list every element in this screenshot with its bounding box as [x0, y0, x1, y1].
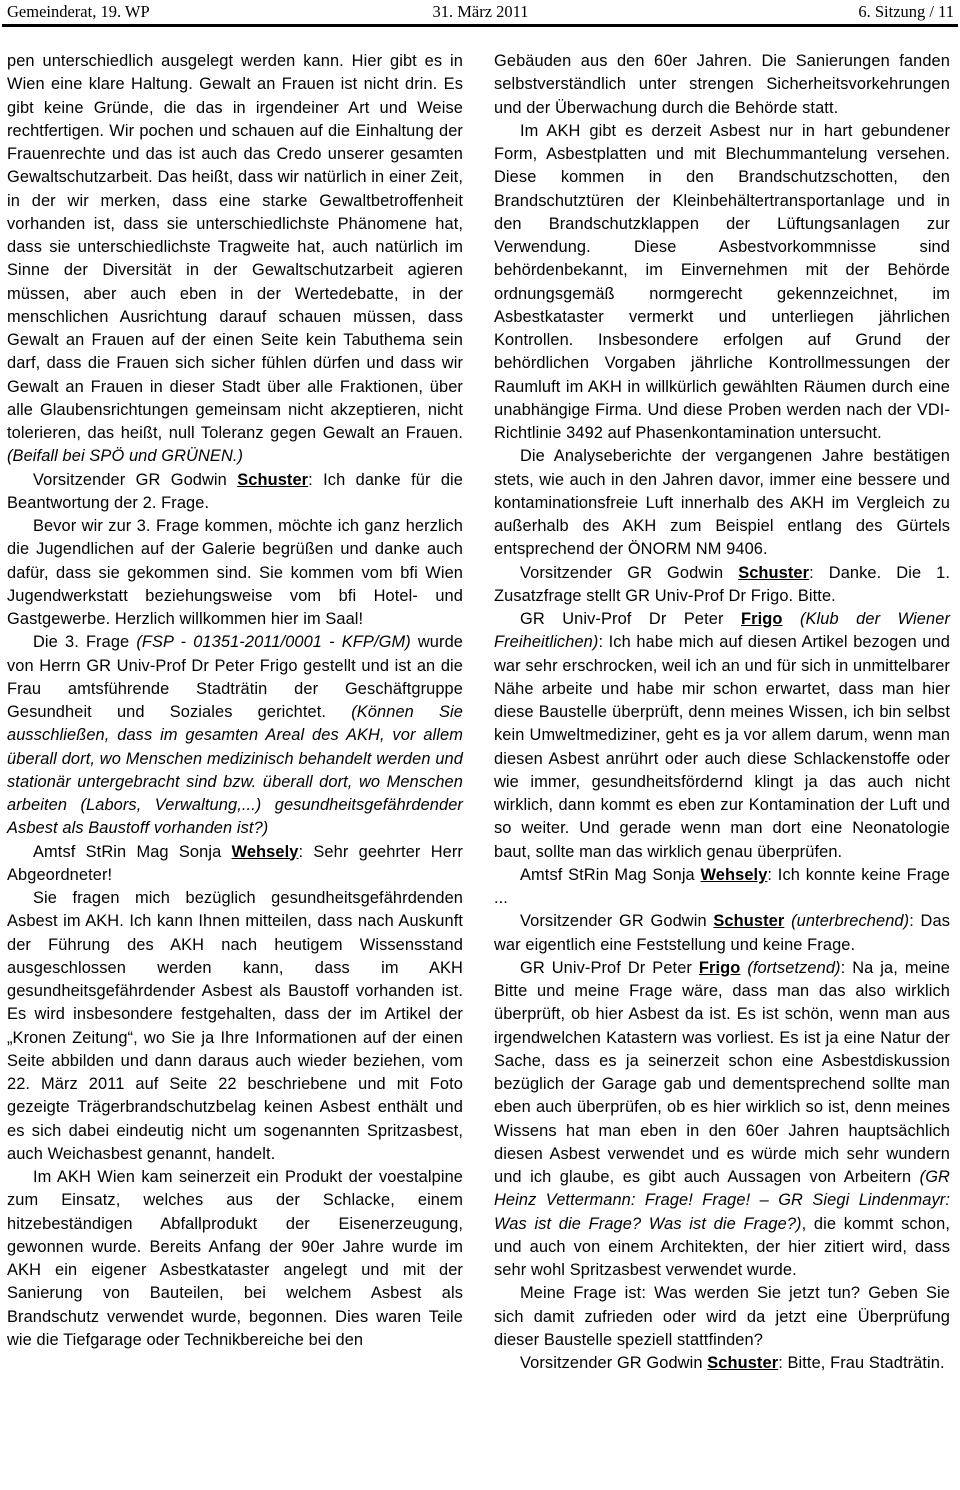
paragraph: Meine Frage ist: Was werden Sie jetzt tu…	[494, 1282, 950, 1352]
text-run: GR Univ-Prof Dr Peter	[520, 610, 741, 628]
two-column-body: pen unterschiedlich ausgelegt werden kan…	[0, 27, 960, 1375]
paragraph: Die 3. Frage (FSP - 01351-2011/0001 - KF…	[7, 631, 463, 840]
text-run: Vorsitzender GR Godwin	[520, 1354, 707, 1372]
text-run: : Ich habe mich auf diesen Artikel bezog…	[494, 633, 950, 860]
text-run: Bevor wir zur 3. Frage kommen, möchte ic…	[7, 517, 463, 628]
text-run: : Na ja, meine Bitte und meine Frage wär…	[494, 959, 950, 1186]
italic-annotation: (Können Sie ausschließen, dass im gesamt…	[7, 703, 463, 837]
text-run	[782, 610, 799, 628]
paragraph: Im AKH gibt es derzeit Asbest nur in har…	[494, 120, 950, 446]
paragraph: Amtsf StRin Mag Sonja Wehsely: Sehr geeh…	[7, 841, 463, 888]
paragraph: pen unterschiedlich ausgelegt werden kan…	[7, 50, 463, 469]
text-run: Sie fragen mich bezüglich gesundheitsgef…	[7, 889, 463, 1163]
header-session-label: Gemeinderat, 19. WP	[7, 3, 323, 21]
speaker-name: Wehsely	[232, 843, 299, 861]
speaker-name: Frigo	[741, 610, 782, 628]
text-run: Im AKH gibt es derzeit Asbest nur in har…	[494, 122, 950, 442]
text-run: Amtsf StRin Mag Sonja	[520, 866, 701, 884]
text-run: Vorsitzender GR Godwin	[520, 912, 713, 930]
text-run: pen unterschiedlich ausgelegt werden kan…	[7, 52, 463, 442]
paragraph: Im AKH Wien kam seinerzeit ein Produkt d…	[7, 1166, 463, 1352]
transcript-page: Gemeinderat, 19. WP 31. März 2011 6. Sit…	[0, 0, 960, 1490]
text-run: Die 3. Frage	[33, 633, 136, 651]
text-run: Amtsf StRin Mag Sonja	[33, 843, 232, 861]
speaker-name: Frigo	[699, 959, 740, 977]
italic-annotation: (unterbrechend)	[791, 912, 909, 930]
text-run: : Bitte, Frau Stadträtin.	[778, 1354, 944, 1372]
speaker-name: Wehsely	[701, 866, 768, 884]
speaker-name: Schuster	[707, 1354, 778, 1372]
italic-annotation: (Beifall bei SPÖ und GRÜNEN.)	[7, 447, 243, 465]
speaker-name: Schuster	[237, 471, 308, 489]
column-right: Gebäuden aus den 60er Jahren. Die Sanier…	[494, 50, 950, 1375]
italic-annotation: (fortsetzend)	[747, 959, 840, 977]
text-run: Vorsitzender GR Godwin	[520, 564, 738, 582]
paragraph: Bevor wir zur 3. Frage kommen, möchte ic…	[7, 515, 463, 631]
paragraph: GR Univ-Prof Dr Peter Frigo (Klub der Wi…	[494, 608, 950, 864]
text-run: Meine Frage ist: Was werden Sie jetzt tu…	[494, 1284, 950, 1349]
text-run: Gebäuden aus den 60er Jahren. Die Sanier…	[494, 52, 950, 117]
text-run: Im AKH Wien kam seinerzeit ein Produkt d…	[7, 1168, 463, 1349]
paragraph: Die Analyseberichte der vergangenen Jahr…	[494, 445, 950, 561]
paragraph: GR Univ-Prof Dr Peter Frigo (fortsetzend…	[494, 957, 950, 1283]
text-run: GR Univ-Prof Dr Peter	[520, 959, 699, 977]
speaker-name: Schuster	[713, 912, 784, 930]
page-header: Gemeinderat, 19. WP 31. März 2011 6. Sit…	[0, 0, 960, 21]
text-run: Die Analyseberichte der vergangenen Jahr…	[494, 447, 950, 558]
paragraph: Vorsitzender GR Godwin Schuster (unterbr…	[494, 910, 950, 957]
speaker-name: Schuster	[738, 564, 809, 582]
paragraph: Vorsitzender GR Godwin Schuster: Ich dan…	[7, 469, 463, 516]
paragraph: Gebäuden aus den 60er Jahren. Die Sanier…	[494, 50, 950, 120]
paragraph: Sie fragen mich bezüglich gesundheitsgef…	[7, 887, 463, 1166]
header-date: 31. März 2011	[323, 3, 639, 21]
italic-annotation: (FSP - 01351-2011/0001 - KFP/GM)	[136, 633, 410, 651]
paragraph: Amtsf StRin Mag Sonja Wehsely: Ich konnt…	[494, 864, 950, 911]
column-left: pen unterschiedlich ausgelegt werden kan…	[7, 50, 463, 1375]
text-run: Vorsitzender GR Godwin	[33, 471, 237, 489]
paragraph: Vorsitzender GR Godwin Schuster: Bitte, …	[494, 1352, 950, 1375]
header-sitting-page: 6. Sitzung / 11	[638, 3, 954, 21]
paragraph: Vorsitzender GR Godwin Schuster: Danke. …	[494, 562, 950, 609]
